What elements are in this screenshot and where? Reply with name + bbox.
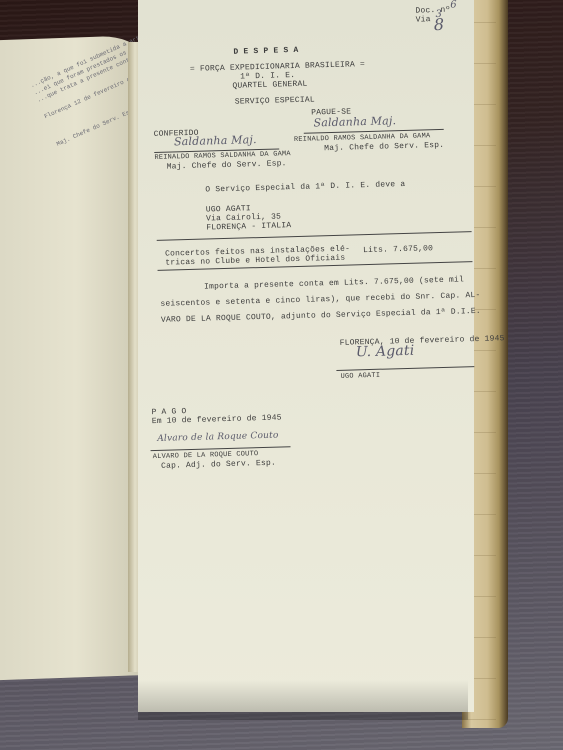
receipt-line-1: Importa a presente conta em Lits. 7.675,… xyxy=(204,275,464,291)
signature-right-role: Maj. Chefe do Serv. Esp. xyxy=(324,141,444,153)
left-role: Maj. Chefe do Serv. Esp. xyxy=(55,106,137,148)
debtor-line: O Serviço Especial da 1ª D. I. E. deve a xyxy=(205,180,405,195)
receipt-line-2: seiscentos e setenta e cinco liras), que… xyxy=(160,291,480,309)
payer-signature-handwriting: Alvaro de la Roque Couto xyxy=(157,432,279,444)
signature-right-handwriting: Saldanha Maj. xyxy=(313,116,396,127)
via-label: Via xyxy=(416,15,431,24)
org-line-3: QUARTEL GENERAL xyxy=(232,80,307,91)
payee-signature-handwriting: U. Agati xyxy=(356,347,415,358)
doc-number-value: 6 xyxy=(450,0,457,9)
signature-left-role: Maj. Chefe do Serv. Esp. xyxy=(167,159,287,171)
signature-left-handwriting: Saldanha Maj. xyxy=(174,135,257,146)
item-top-rule xyxy=(157,231,472,241)
creditor-city: FLORENÇA - ITALIA xyxy=(206,221,291,232)
document-title: D E S P E S A xyxy=(233,46,298,57)
payee-name: UGO AGATI xyxy=(340,372,380,382)
item-amount: Lits. 7.675,00 xyxy=(363,244,433,255)
expense-document: Doc. nº 6 Via 3 8 D E S P E S A = FORÇA … xyxy=(150,0,490,710)
payee-signature-line xyxy=(336,366,474,371)
receipt-line-3: VARO DE LA ROQUE COUTO, adjunto do Servi… xyxy=(161,307,481,325)
section-title: SERVIÇO ESPECIAL xyxy=(235,95,315,106)
payer-role: Cap. Adj. do Serv. Esp. xyxy=(161,459,276,471)
handwritten-mark: 8 xyxy=(434,20,445,29)
